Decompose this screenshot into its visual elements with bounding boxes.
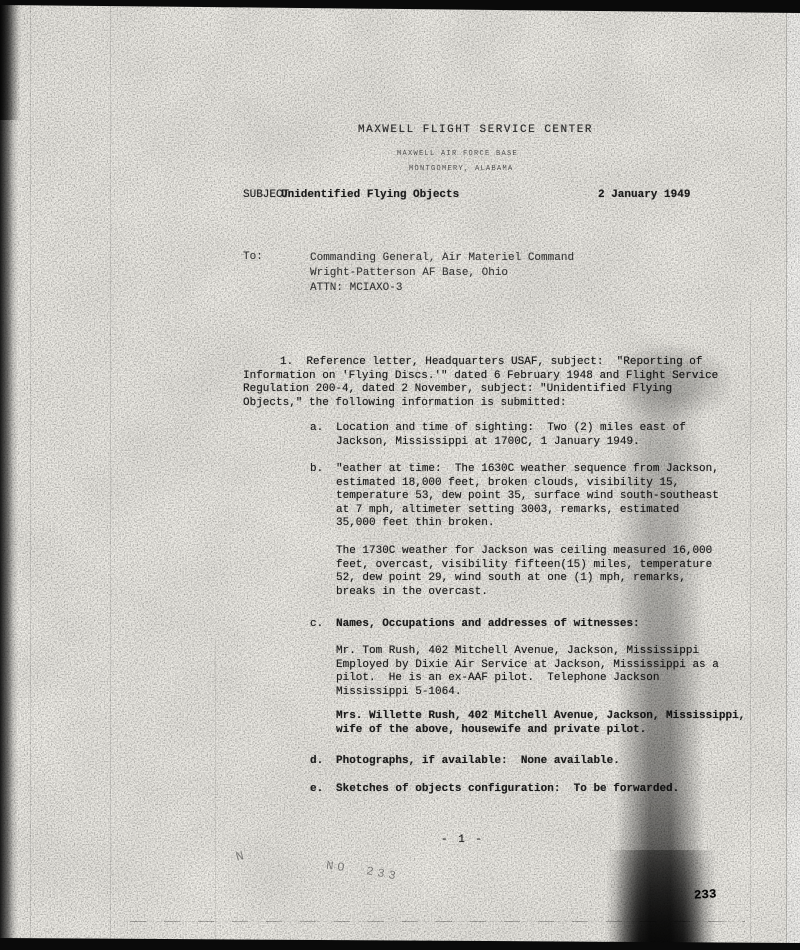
scan-line-left-2 <box>110 0 111 950</box>
film-edge-left-blotch <box>0 0 26 120</box>
stamp-mark: N <box>234 849 245 864</box>
film-edge-top <box>0 0 800 15</box>
document-scan: MAXWELL FLIGHT SERVICE CENTER MAXWELL AI… <box>0 0 800 950</box>
item-c-label: c. <box>310 618 323 632</box>
stamp-number: 233 <box>365 865 400 884</box>
letterhead-title: MAXWELL FLIGHT SERVICE CENTER <box>358 124 593 138</box>
to-line-command: Commanding General, Air Materiel Command <box>310 251 574 266</box>
scan-line-left-1 <box>30 0 31 950</box>
letterhead-city-line: MONTGOMERY, ALABAMA <box>409 163 514 177</box>
page-number: - 1 - <box>441 834 484 848</box>
item-d-label: d. <box>310 755 323 769</box>
scan-right-margin <box>787 0 800 950</box>
corner-page-number: 233 <box>694 888 717 903</box>
subject-text: Unidentified Flying Objects <box>281 189 459 203</box>
stamp-word: NO <box>325 860 349 876</box>
letterhead-base-line: MAXWELL AIR FORCE BASE <box>397 148 518 162</box>
to-line-attn: ATTN: MCIAXO-3 <box>310 281 402 296</box>
to-label: To: <box>243 251 263 265</box>
document-date: 2 January 1949 <box>598 189 690 203</box>
item-a-label: a. <box>310 422 323 436</box>
scan-line-right-1 <box>750 300 751 950</box>
scan-line-left-3 <box>215 640 216 950</box>
to-line-base: Wright-Patterson AF Base, Ohio <box>310 266 508 281</box>
item-e-label: e. <box>310 783 323 797</box>
film-edge-left <box>0 0 18 950</box>
item-b-label: b. <box>310 463 323 477</box>
